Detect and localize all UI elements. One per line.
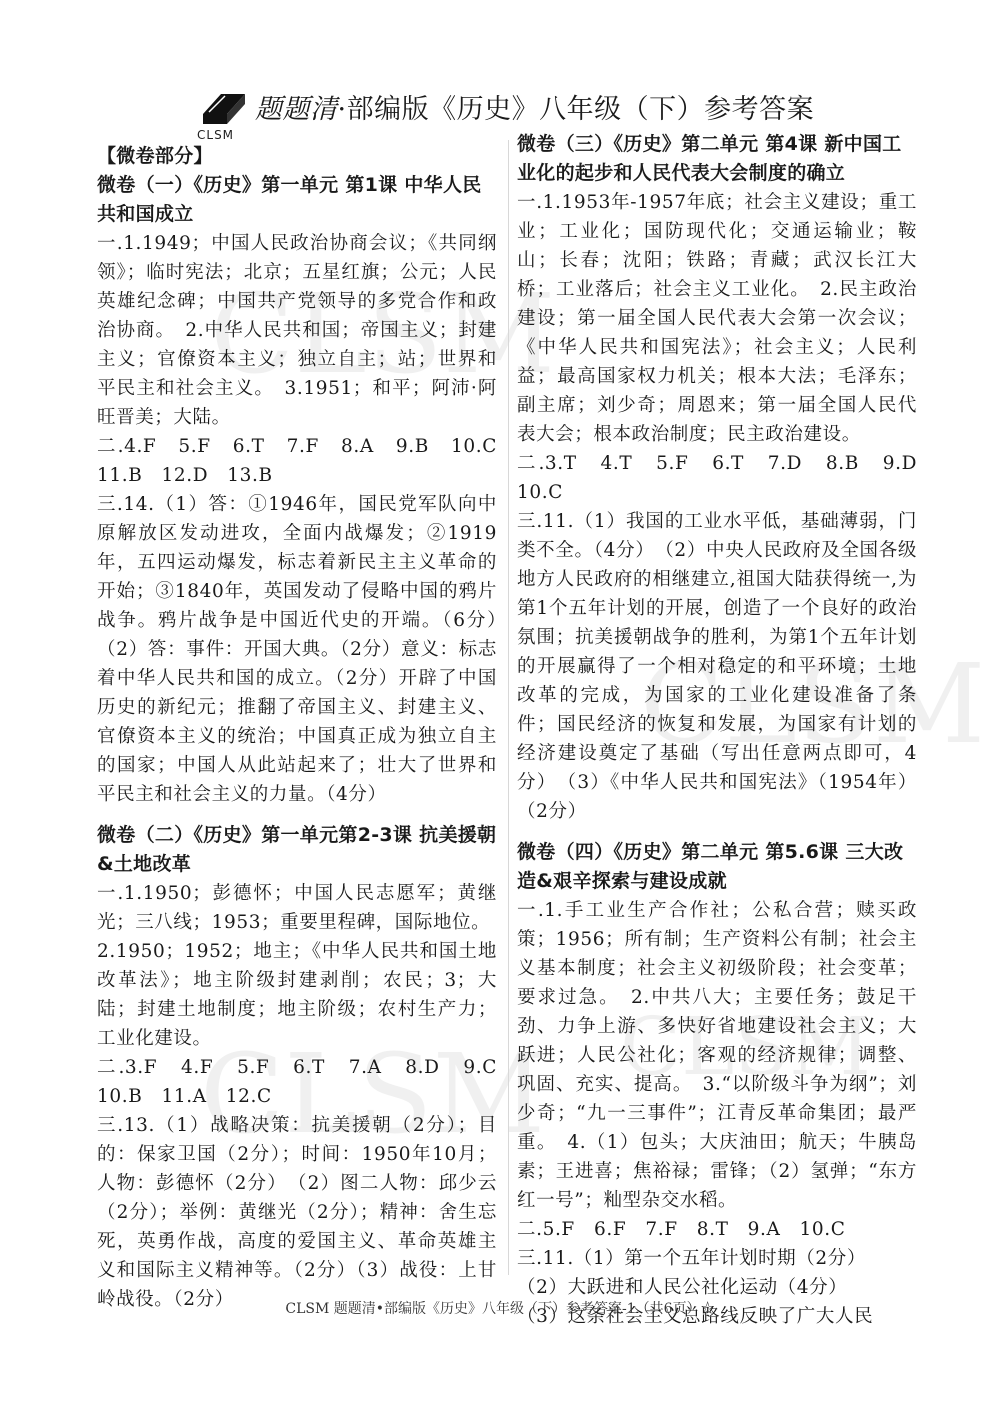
left-column: 【微卷部分】 微卷（一）《历史》第一单元 第1课 中华人民共和国成立 一.1.1… bbox=[97, 142, 497, 1314]
answer-paragraph: 一.1.1953年-1957年底；社会主义建设；重工业；工业化；国防现代化；交通… bbox=[517, 188, 917, 449]
answer-paragraph: 三.14.（1）答：①1946年，国民党军队向中原解放区发动进攻，全面内战爆发；… bbox=[97, 490, 497, 809]
answer-paragraph: 一.1.手工业生产合作社；公私合营；赎买政策；1956；所有制；生产资料公有制；… bbox=[517, 896, 917, 1215]
brand-name: 题题清 bbox=[255, 94, 338, 125]
answer-paragraph: 一.1.1950；彭德怀；中国人民志愿军；黄继光；三八线；1953；重要里程碑，… bbox=[97, 879, 497, 937]
answer-paragraph: 三.11.（1）我国的工业水平低，基础薄弱，门类不全。（4分） （2）中央人民政… bbox=[517, 507, 917, 826]
page-title: 题题清·部编版《历史》八年级（下）参考答案 bbox=[255, 88, 814, 132]
section-heading: 微卷（一）《历史》第一单元 第1课 中华人民共和国成立 bbox=[97, 171, 497, 229]
answer-paragraph: 一.1.1949；中国人民政治协商会议；《共同纲领》；临时宪法；北京；五星红旗；… bbox=[97, 229, 497, 432]
section-quiz-2: 微卷（二）《历史》第一单元第2-3课 抗美援朝&土地改革 一.1.1950；彭德… bbox=[97, 821, 497, 1314]
book-stack-icon bbox=[199, 90, 249, 126]
answer-paragraph: 二.5.F 6.F 7.F 8.T 9.A 10.C bbox=[517, 1215, 917, 1244]
part-label: 【微卷部分】 bbox=[97, 142, 497, 171]
answer-paragraph: 二.3.F 4.F 5.F 6.T 7.A 8.D 9.C 10.B 11.A … bbox=[97, 1053, 497, 1111]
section-quiz-3: 微卷（三）《历史》第二单元 第4课 新中国工业化的起步和人民代表大会制度的确立 … bbox=[517, 130, 917, 826]
page-footer: CLSM 题题清•部编版《历史》八年级（下）参考答案-1（共6页）☆ bbox=[0, 1298, 1000, 1318]
section-quiz-4: 微卷（四）《历史》第二单元 第5.6课 三大改造&艰辛探索与建设成就 一.1.手… bbox=[517, 838, 917, 1331]
answer-paragraph: 三.11.（1）第一个五年计划时期（2分） bbox=[517, 1244, 917, 1273]
section-heading: 微卷（三）《历史》第二单元 第4课 新中国工业化的起步和人民代表大会制度的确立 bbox=[517, 130, 917, 188]
column-divider bbox=[508, 140, 509, 1275]
answer-paragraph: 二.4.F 5.F 6.T 7.F 8.A 9.B 10.C 11.B 12.D… bbox=[97, 432, 497, 490]
section-quiz-1: 微卷（一）《历史》第一单元 第1课 中华人民共和国成立 一.1.1949；中国人… bbox=[97, 171, 497, 809]
title-text: ·部编版《历史》八年级（下）参考答案 bbox=[338, 94, 815, 125]
answer-paragraph: 二.3.T 4.T 5.F 6.T 7.D 8.B 9.D 10.C bbox=[517, 449, 917, 507]
section-heading: 微卷（四）《历史》第二单元 第5.6课 三大改造&艰辛探索与建设成就 bbox=[517, 838, 917, 896]
section-heading: 微卷（二）《历史》第一单元第2-3课 抗美援朝&土地改革 bbox=[97, 821, 497, 879]
answer-paragraph: 2.1950；1952；地主；《中华人民共和国土地改革法》；地主阶级封建剥削；农… bbox=[97, 937, 497, 1053]
logo-text: CLSM bbox=[197, 128, 234, 142]
right-column: 微卷（三）《历史》第二单元 第4课 新中国工业化的起步和人民代表大会制度的确立 … bbox=[517, 130, 917, 1331]
answer-paragraph: 三.13.（1）战略决策：抗美援朝（2分）；目的：保家卫国（2分）；时间：195… bbox=[97, 1111, 497, 1314]
clsm-logo: CLSM bbox=[195, 90, 253, 142]
